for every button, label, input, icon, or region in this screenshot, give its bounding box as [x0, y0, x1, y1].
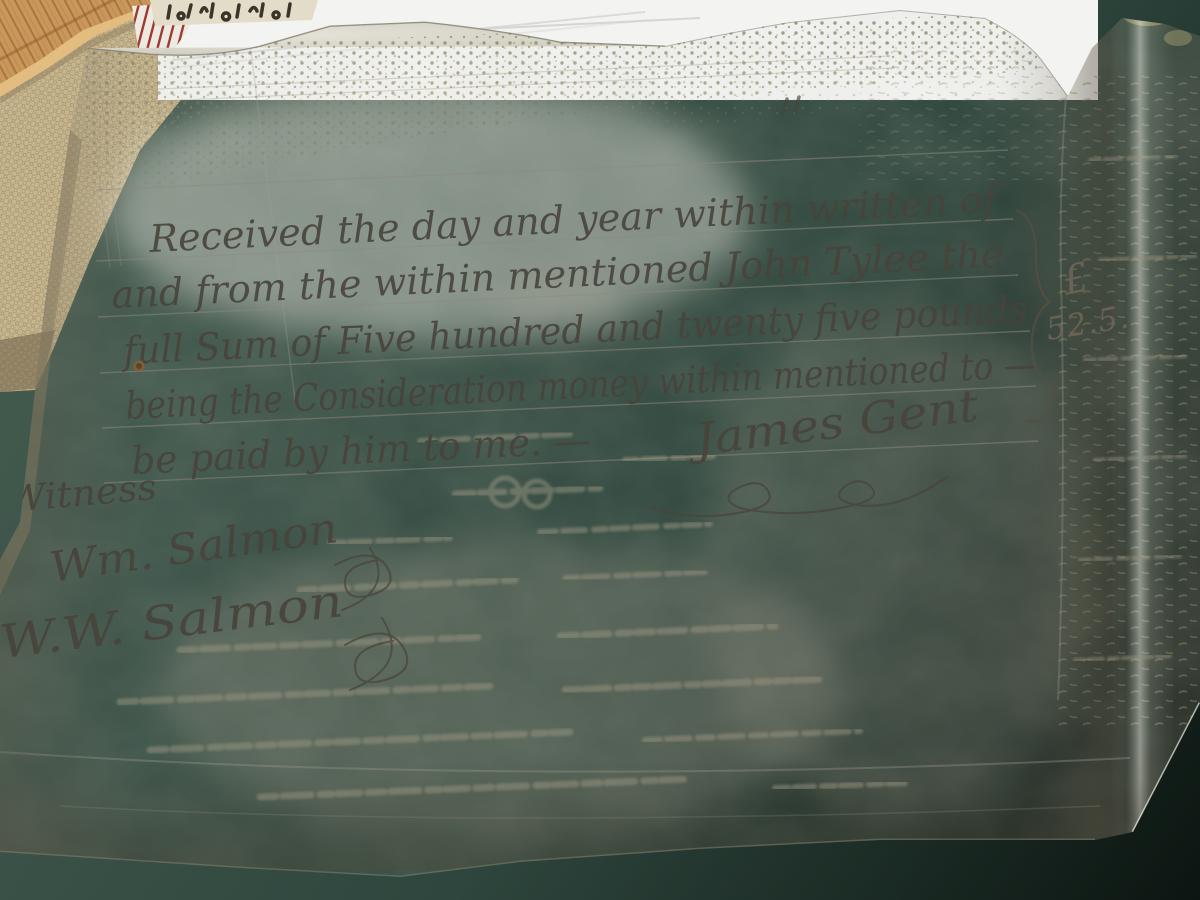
- parchment-document: Received the day and year within written…: [0, 0, 1200, 900]
- photo-canvas: Received the day and year within written…: [0, 0, 1200, 900]
- photo-parchment-receipt: Received the day and year within written…: [0, 0, 1200, 900]
- fold-shading: [995, 0, 1200, 845]
- vellum-hole: [134, 361, 145, 372]
